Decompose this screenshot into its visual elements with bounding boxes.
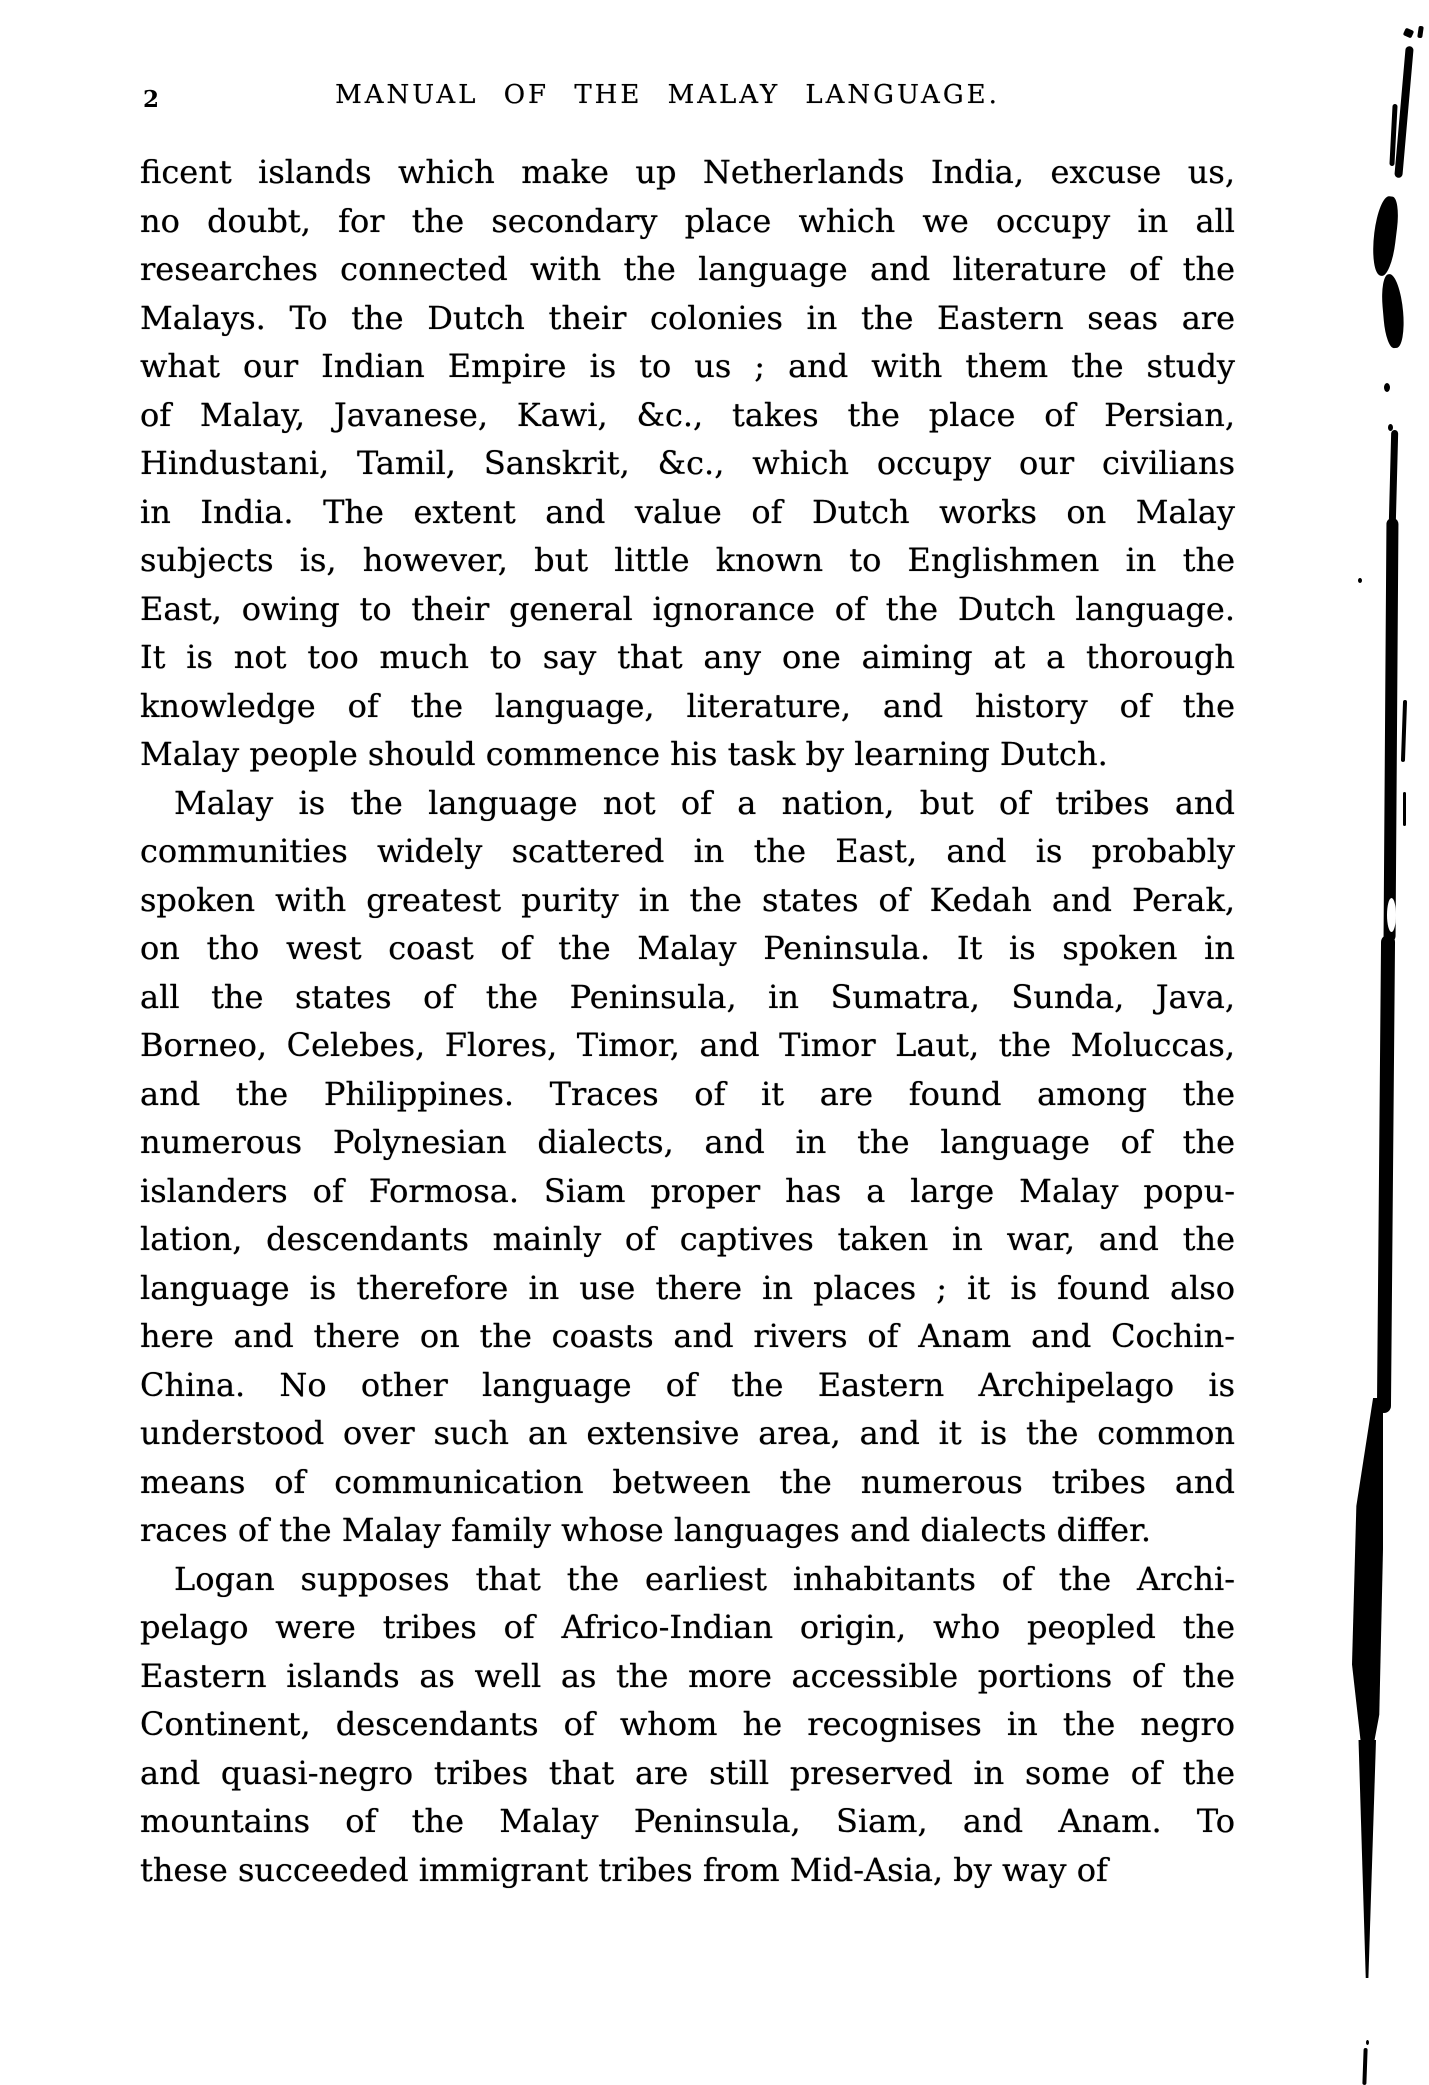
text-line: subjects is, however, but little known t… xyxy=(140,536,1235,585)
text-line: means of communication between the numer… xyxy=(140,1458,1235,1507)
scan-ink-artifact xyxy=(1401,700,1407,762)
text-line: Hindustani, Tamil, Sanskrit, &c., which … xyxy=(140,439,1235,488)
scan-ink-artifact xyxy=(1380,273,1406,348)
text-line: understood over such an extensive area, … xyxy=(140,1409,1235,1458)
scan-ink-artifact xyxy=(1369,195,1401,277)
scan-ink-artifact xyxy=(1387,898,1396,932)
text-line: ficent islands which make up Netherlands… xyxy=(140,148,1235,197)
text-line: language is therefore in use there in pl… xyxy=(140,1264,1235,1313)
text-line: Eastern islands as well as the more acce… xyxy=(140,1652,1235,1701)
text-line: and quasi-negro tribes that are still pr… xyxy=(140,1749,1235,1798)
scan-ink-artifact xyxy=(1384,383,1390,392)
text-line: Malay people should commence his task by… xyxy=(140,730,1235,779)
scan-ink-artifact xyxy=(1352,1398,1383,1758)
text-line: no doubt, for the secondary place which … xyxy=(140,197,1235,246)
text-line: of Malay, Javanese, Kawi, &c., takes the… xyxy=(140,391,1235,440)
text-line: here and there on the coasts and rivers … xyxy=(140,1312,1235,1361)
text-column: ficent islands which make up Netherlands… xyxy=(140,148,1235,1894)
text-line: Continent, descendants of whom he recogn… xyxy=(140,1700,1235,1749)
text-line: races of the Malay family whose language… xyxy=(140,1506,1235,1555)
text-line: pelago were tribes of Africo-Indian orig… xyxy=(140,1603,1235,1652)
text-line: researches connected with the language a… xyxy=(140,245,1235,294)
scan-ink-artifact xyxy=(1358,578,1362,583)
text-line: spoken with greatest purity in the state… xyxy=(140,876,1235,925)
text-line: Logan supposes that the earliest inhabit… xyxy=(140,1555,1235,1604)
text-line: mountains of the Malay Peninsula, Siam, … xyxy=(140,1797,1235,1846)
text-line: communities widely scattered in the East… xyxy=(140,827,1235,876)
scan-ink-artifact xyxy=(1417,26,1424,39)
text-line: all the states of the Peninsula, in Suma… xyxy=(140,973,1235,1022)
paragraph: Logan supposes that the earliest inhabit… xyxy=(140,1555,1235,1895)
scan-ink-artifact xyxy=(1357,1740,1376,1978)
text-line: on tho west coast of the Malay Peninsula… xyxy=(140,924,1235,973)
text-line: what our Indian Empire is to us ; and wi… xyxy=(140,342,1235,391)
text-line: numerous Polynesian dialects, and in the… xyxy=(140,1118,1235,1167)
text-line: Borneo, Celebes, Flores, Timor, and Timo… xyxy=(140,1021,1235,1070)
running-title: MANUAL OF THE MALAY LANGUAGE. xyxy=(140,80,1195,110)
text-line: knowledge of the language, literature, a… xyxy=(140,682,1235,731)
text-line: Malay is the language not of a nation, b… xyxy=(140,779,1235,828)
scan-ink-artifact xyxy=(1366,2040,1369,2045)
scan-ink-artifact xyxy=(1362,2048,1367,2085)
scanned-book-page: 2 MANUAL OF THE MALAY LANGUAGE. ficent i… xyxy=(0,0,1429,2085)
scan-ink-artifact xyxy=(1389,430,1398,525)
scan-ink-artifact xyxy=(1384,518,1399,942)
scan-ink-artifact xyxy=(1403,28,1414,39)
paragraph: Malay is the language not of a nation, b… xyxy=(140,779,1235,1555)
text-line: China. No other language of the Eastern … xyxy=(140,1361,1235,1410)
page-header: 2 MANUAL OF THE MALAY LANGUAGE. xyxy=(140,80,1235,114)
scan-ink-artifact xyxy=(1377,935,1395,1413)
text-line: lation, descendants mainly of captives t… xyxy=(140,1215,1235,1264)
text-line: East, owing to their general ignorance o… xyxy=(140,585,1235,634)
paragraph: ficent islands which make up Netherlands… xyxy=(140,148,1235,779)
scan-ink-artifact xyxy=(1403,792,1406,826)
text-line: It is not too much to say that any one a… xyxy=(140,633,1235,682)
text-line: these succeeded immigrant tribes from Mi… xyxy=(140,1846,1235,1895)
text-line: Malays. To the Dutch their colonies in t… xyxy=(140,294,1235,343)
text-line: in India. The extent and value of Dutch … xyxy=(140,488,1235,537)
text-line: and the Philippines. Traces of it are fo… xyxy=(140,1070,1235,1119)
text-line: islanders of Formosa. Siam proper has a … xyxy=(140,1167,1235,1216)
